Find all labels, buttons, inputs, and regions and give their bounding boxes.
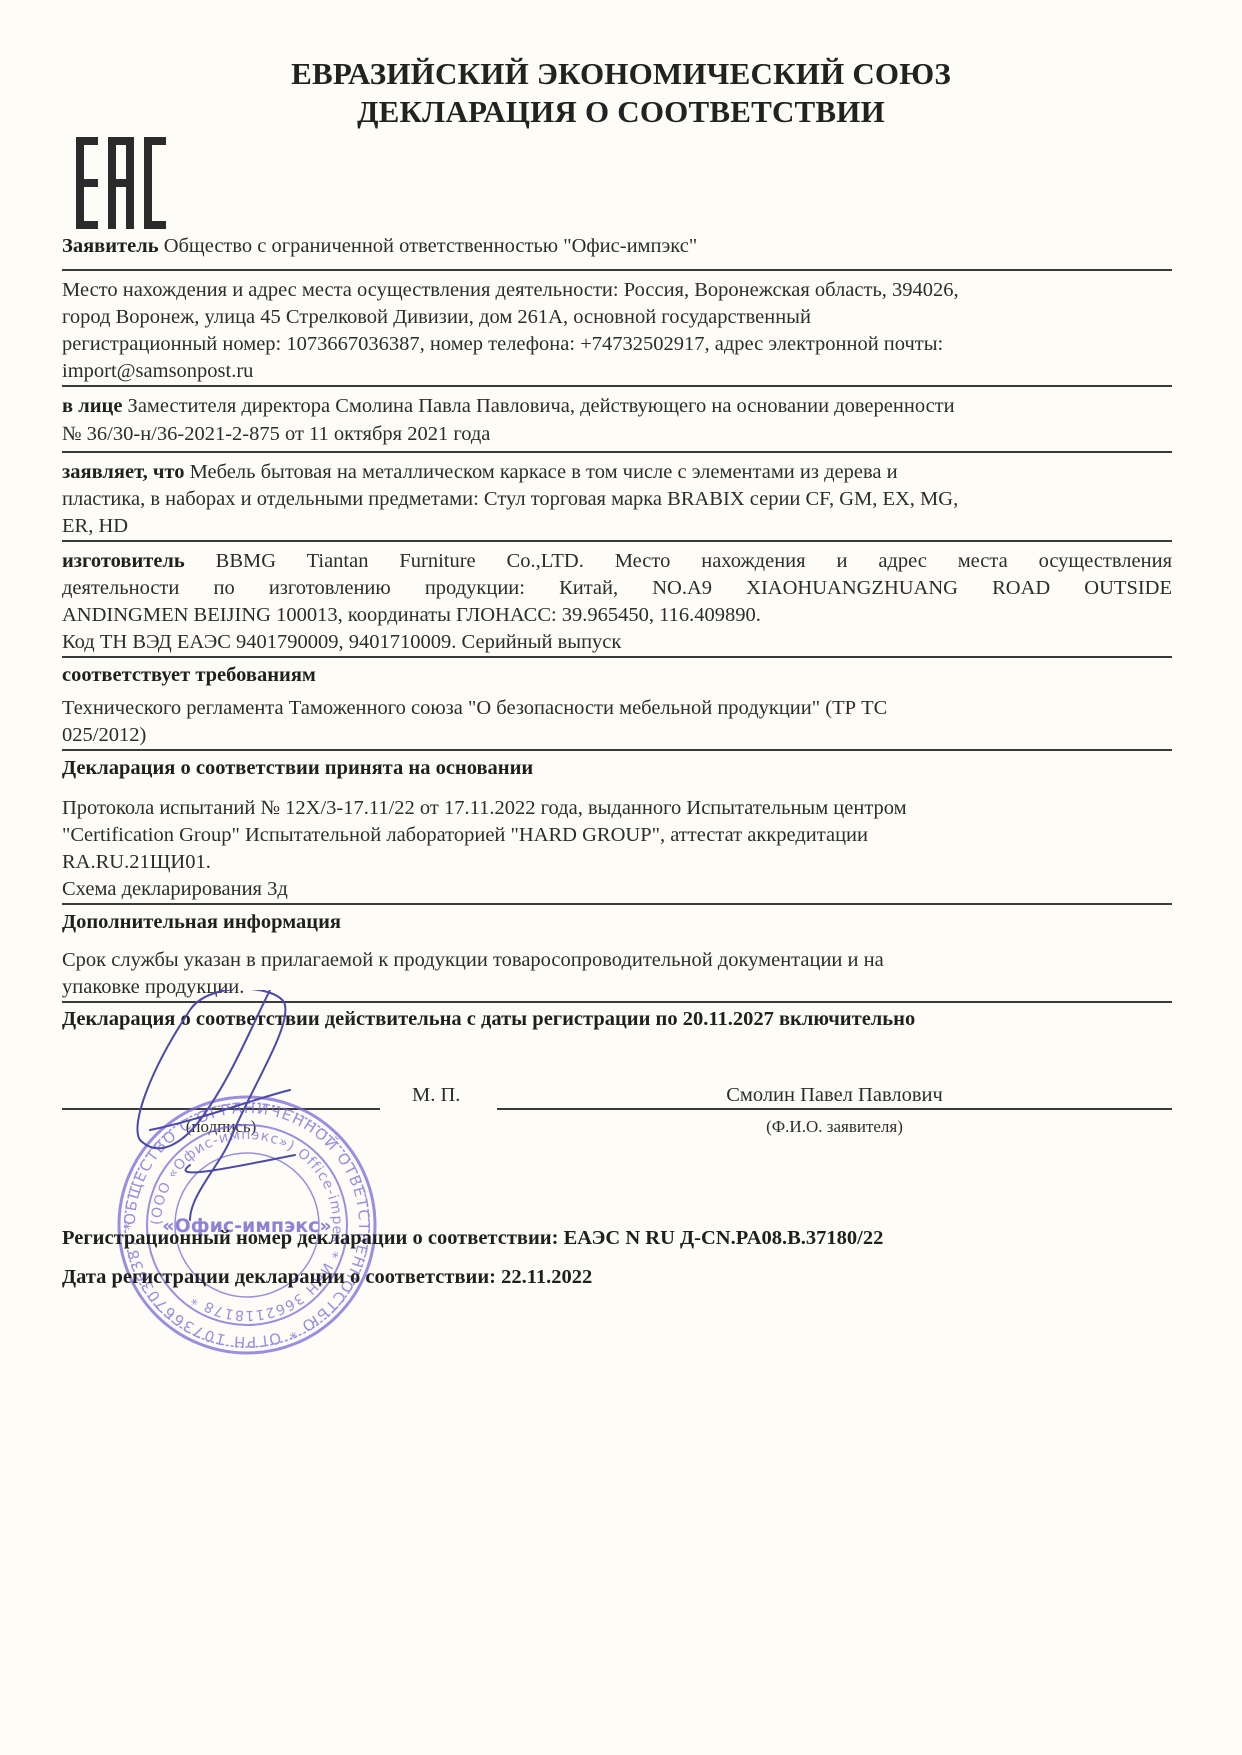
applicant-row: Заявитель Общество с ограниченной ответс…	[62, 233, 1172, 259]
conforms-label: соответствует требованиям	[62, 662, 1172, 688]
divider	[62, 269, 1172, 271]
title-union: ЕВРАЗИЙСКИЙ ЭКОНОМИЧЕСКИЙ СОЮЗ	[0, 56, 1242, 92]
registration-date-row: Дата регистрации декларации о соответств…	[62, 1264, 1172, 1290]
divider	[62, 903, 1172, 905]
applicant-value: Общество с ограниченной ответственностью…	[164, 235, 698, 257]
represented-by-value: Заместителя директора Смолина Павла Павл…	[128, 395, 955, 417]
registration-number-label: Регистрационный номер декларации о соотв…	[62, 1227, 558, 1249]
registration-number-row: Регистрационный номер декларации о соотв…	[62, 1225, 1172, 1251]
address-line-1: Место нахождения и адрес места осуществл…	[62, 277, 1172, 303]
declares-value: Мебель бытовая на металлическом каркасе …	[190, 461, 898, 483]
applicant-label: Заявитель	[62, 235, 159, 257]
represented-by-row: в лице Заместителя директора Смолина Пав…	[62, 393, 1172, 419]
regulation-line-2: 025/2012)	[62, 722, 1172, 748]
address-email: import@samsonpost.ru	[62, 358, 1172, 384]
declares-label: заявляет, что	[62, 461, 184, 483]
manufacturer-line-3: ANDINGMEN BEIJING 100013, координаты ГЛО…	[62, 602, 1172, 628]
applicant-name: Смолин Павел Павлович	[497, 1082, 1172, 1108]
power-of-attorney: № 36/30-н/36-2021-2-875 от 11 октября 20…	[62, 421, 1172, 447]
title-declaration: ДЕКЛАРАЦИЯ О СООТВЕТСТВИИ	[0, 94, 1242, 130]
divider	[62, 540, 1172, 542]
accreditation: RA.RU.21ЩИ01.	[62, 849, 1172, 875]
address-line-2: город Воронеж, улица 45 Стрелковой Дивиз…	[62, 304, 1172, 330]
additional-label: Дополнительная информация	[62, 909, 1172, 935]
basis-line-2: "Certification Group" Испытательной лабо…	[62, 822, 1172, 848]
divider	[62, 451, 1172, 453]
manufacturer-value: BBMG Tiantan Furniture Co.,LTD. Место на…	[216, 550, 1172, 572]
basis-label: Декларация о соответствии принята на осн…	[62, 755, 1172, 781]
declares-row: заявляет, что Мебель бытовая на металлич…	[62, 459, 1172, 485]
divider	[62, 749, 1172, 751]
applicant-name-line	[497, 1108, 1172, 1110]
product-line-2: пластика, в наборах и отдельными предмет…	[62, 486, 1172, 512]
eac-mark-icon	[76, 137, 166, 229]
handwritten-signature	[130, 990, 300, 1230]
declaration-page: ЕВРАЗИЙСКИЙ ЭКОНОМИЧЕСКИЙ СОЮЗ ДЕКЛАРАЦИ…	[0, 0, 1242, 1755]
product-line-3: ER, HD	[62, 513, 1172, 539]
registration-date-value: 22.11.2022	[501, 1266, 592, 1288]
registration-number-value: ЕАЭС N RU Д-CN.PA08.B.37180/22	[564, 1227, 884, 1249]
hs-code: Код ТН ВЭД ЕАЭС 9401790009, 9401710009. …	[62, 629, 1172, 655]
manufacturer-label: изготовитель	[62, 550, 185, 572]
name-caption: (Ф.И.О. заявителя)	[497, 1114, 1172, 1140]
divider	[62, 656, 1172, 658]
basis-line-1: Протокола испытаний № 12Х/3-17.11/22 от …	[62, 795, 1172, 821]
additional-line-1: Срок службы указан в прилагаемой к проду…	[62, 947, 1172, 973]
address-line-3: регистрационный номер: 1073667036387, но…	[62, 331, 1172, 357]
declaration-scheme: Схема декларирования 3д	[62, 876, 1172, 902]
divider	[62, 385, 1172, 387]
registration-date-label: Дата регистрации декларации о соответств…	[62, 1266, 496, 1288]
regulation-line-1: Технического регламента Таможенного союз…	[62, 695, 1172, 721]
seal-label: М. П.	[412, 1082, 472, 1108]
manufacturer-row: изготовитель BBMG Tiantan Furniture Co.,…	[62, 548, 1172, 574]
represented-by-label: в лице	[62, 395, 122, 417]
manufacturer-line-2: деятельности по изготовлению продукции: …	[62, 575, 1172, 601]
